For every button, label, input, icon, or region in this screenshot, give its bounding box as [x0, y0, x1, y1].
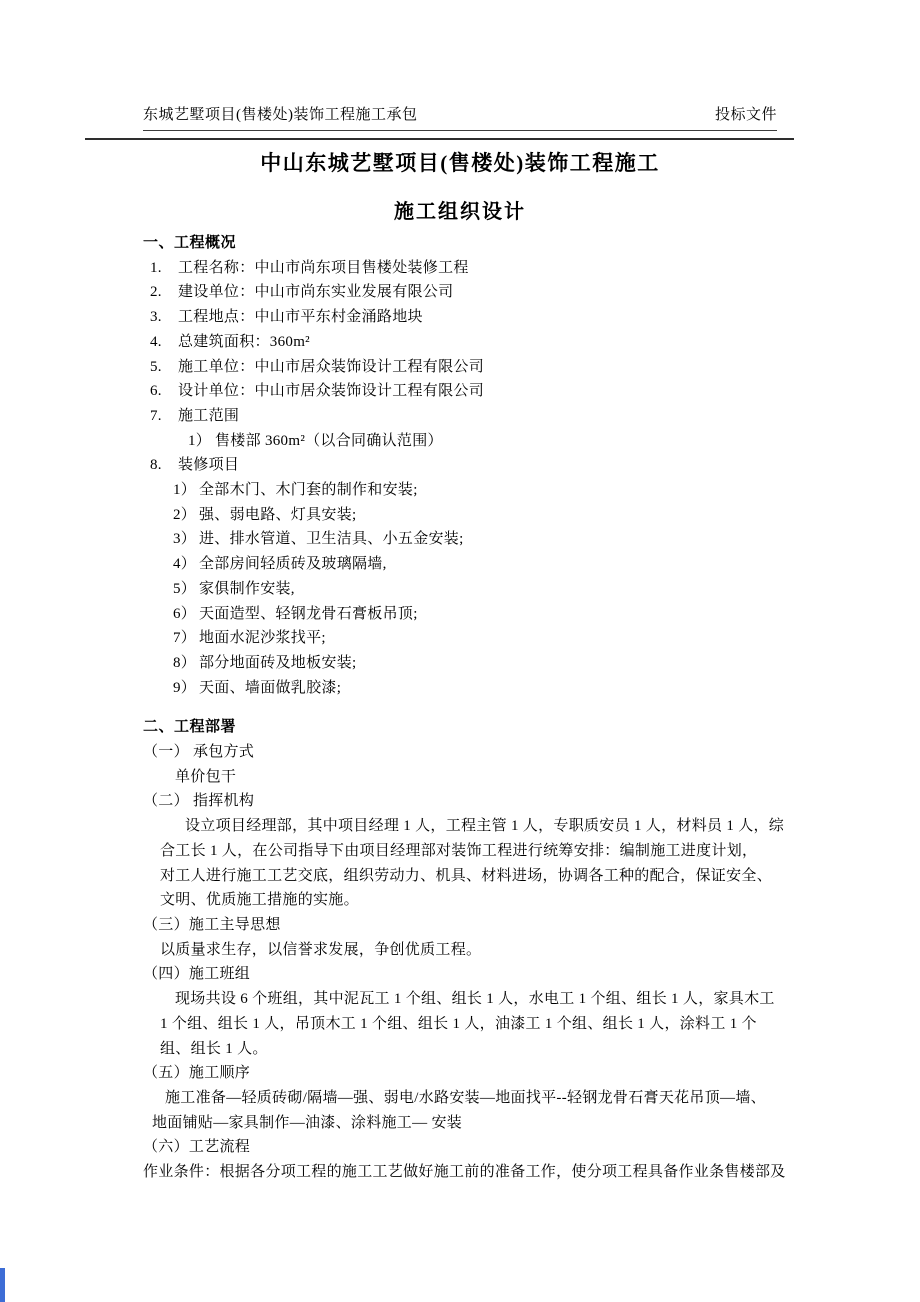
line-text: 总建筑面积：360m² [178, 334, 310, 350]
doc-line: 合工长 1 人，在公司指导下由项目经理部对装饰工程进行统筹安排：编制施工进度计划… [143, 839, 795, 864]
doc-line: 5）家俱制作安装, [143, 577, 795, 602]
line-text: 建设单位：中山市尚东实业发展有限公司 [178, 284, 453, 300]
line-text: 合工长 1 人，在公司指导下由项目经理部对装饰工程进行统筹安排：编制施工进度计划… [160, 843, 757, 859]
line-text: 对工人进行施工工艺交底，组织劳动力、机具、材料进场，协调各工种的配合，保证安全、 [160, 868, 772, 884]
line-number: 7） [173, 626, 199, 651]
doc-line: 组、组长 1 人。 [143, 1037, 795, 1062]
doc-line: 现场共设 6 个班组，其中泥瓦工 1 个组、组长 1 人，水电工 1 个组、组长… [143, 987, 795, 1012]
line-text: 装修项目 [178, 457, 239, 473]
doc-line: 8.装修项目 [143, 453, 795, 478]
document-page: 东城艺墅项目(售楼处)装饰工程施工承包 投标文件 中山东城艺墅项目(售楼处)装饰… [0, 0, 920, 1302]
document-subtitle: 施工组织设计 [143, 195, 777, 224]
page-header: 东城艺墅项目(售楼处)装饰工程施工承包 投标文件 [143, 103, 777, 131]
line-number: 6） [173, 602, 199, 627]
line-number: 3） [173, 527, 199, 552]
line-number: 5） [173, 577, 199, 602]
line-text: 天面、墙面做乳胶漆; [199, 680, 341, 696]
line-number: 8） [173, 651, 199, 676]
doc-line: 对工人进行施工工艺交底，组织劳动力、机具、材料进场，协调各工种的配合，保证安全、 [143, 864, 795, 889]
doc-line: （四）施工班组 [143, 962, 795, 987]
line-text: 组、组长 1 人。 [160, 1041, 268, 1057]
doc-line: 7.施工范围 [143, 404, 795, 429]
header-rule [85, 138, 794, 140]
doc-line: 作业条件：根据各分项工程的施工工艺做好施工前的准备工作，使分项工程具备作业条售楼… [143, 1160, 795, 1185]
line-number: 6. [150, 379, 178, 404]
doc-line: （三）施工主导思想 [143, 913, 795, 938]
doc-line: 单价包干 [143, 765, 795, 790]
doc-line: 5.施工单位：中山市居众装饰设计工程有限公司 [143, 355, 795, 380]
line-text: （六）工艺流程 [143, 1139, 250, 1155]
line-text: 全部木门、木门套的制作和安装; [199, 482, 418, 498]
doc-line: 施工准备—轻质砖砌/隔墙—强、弱电/水路安装—地面找平--轻钢龙骨石膏天花吊顶—… [143, 1086, 795, 1111]
doc-line: 1.工程名称：中山市尚东项目售楼处装修工程 [143, 256, 795, 281]
doc-line: 8）部分地面砖及地板安装; [143, 651, 795, 676]
section-deployment-lines: （一） 承包方式单价包干（二） 指挥机构设立项目经理部，其中项目经理 1 人，工… [143, 740, 795, 1185]
line-text: 施工范围 [178, 408, 239, 424]
doc-line: （五）施工顺序 [143, 1061, 795, 1086]
line-text: 施工准备—轻质砖砌/隔墙—强、弱电/水路安装—地面找平--轻钢龙骨石膏天花吊顶—… [165, 1090, 766, 1106]
doc-line: 4）全部房间轻质砖及玻璃隔墙, [143, 552, 795, 577]
doc-line: 1 个组、组长 1 人，吊顶木工 1 个组、组长 1 人，油漆工 1 个组、组长… [143, 1012, 795, 1037]
section-overview: 一、工程概况 1.工程名称：中山市尚东项目售楼处装修工程2.建设单位：中山市尚东… [143, 231, 795, 700]
doc-line: 6）天面造型、轻钢龙骨石膏板吊顶; [143, 602, 795, 627]
line-text: 作业条件：根据各分项工程的施工工艺做好施工前的准备工作，使分项工程具备作业条售楼… [143, 1164, 786, 1180]
line-text: （二） 指挥机构 [143, 793, 254, 809]
doc-line: （一） 承包方式 [143, 740, 795, 765]
line-number: 1） [173, 478, 199, 503]
line-text: （一） 承包方式 [143, 744, 254, 760]
line-text: 家俱制作安装, [199, 581, 295, 597]
doc-line: 以质量求生存，以信誉求发展，争创优质工程。 [143, 938, 795, 963]
line-text: 单价包干 [175, 769, 236, 785]
line-text: 售楼部 360m²（以合同确认范围） [215, 433, 443, 449]
line-text: （四）施工班组 [143, 966, 250, 982]
doc-line: 设立项目经理部，其中项目经理 1 人，工程主管 1 人，专职质安员 1 人，材料… [143, 814, 795, 839]
line-text: 设立项目经理部，其中项目经理 1 人，工程主管 1 人，专职质安员 1 人，材料… [185, 818, 784, 834]
line-number: 4. [150, 330, 178, 355]
line-text: 地面水泥沙浆找平; [199, 630, 326, 646]
line-number: 5. [150, 355, 178, 380]
doc-line: 文明、优质施工措施的实施。 [143, 888, 795, 913]
line-text: （三）施工主导思想 [143, 917, 281, 933]
line-text: 设计单位：中山市居众装饰设计工程有限公司 [178, 383, 484, 399]
line-number: 7. [150, 404, 178, 429]
line-text: 文明、优质施工措施的实施。 [160, 892, 359, 908]
section-overview-lines: 1.工程名称：中山市尚东项目售楼处装修工程2.建设单位：中山市尚东实业发展有限公… [143, 256, 795, 701]
doc-line: 1）售楼部 360m²（以合同确认范围） [143, 429, 795, 454]
line-text: 以质量求生存，以信誉求发展，争创优质工程。 [160, 942, 481, 958]
line-number: 1. [150, 256, 178, 281]
line-text: 强、弱电路、灯具安装; [199, 507, 356, 523]
doc-line: 1）全部木门、木门套的制作和安装; [143, 478, 795, 503]
header-left-text: 东城艺墅项目(售楼处)装饰工程施工承包 [143, 103, 418, 124]
doc-line: 2.建设单位：中山市尚东实业发展有限公司 [143, 280, 795, 305]
line-text: 进、排水管道、卫生洁具、小五金安装; [199, 531, 464, 547]
doc-line: 3）进、排水管道、卫生洁具、小五金安装; [143, 527, 795, 552]
doc-line: 9）天面、墙面做乳胶漆; [143, 676, 795, 701]
page-edge-artifact [0, 1268, 5, 1302]
doc-line: 4.总建筑面积：360m² [143, 330, 795, 355]
doc-line: 7）地面水泥沙浆找平; [143, 626, 795, 651]
line-text: 部分地面砖及地板安装; [199, 655, 356, 671]
line-number: 9） [173, 676, 199, 701]
line-text: 1 个组、组长 1 人，吊顶木工 1 个组、组长 1 人，油漆工 1 个组、组长… [160, 1016, 757, 1032]
section-deployment-heading: 二、工程部署 [143, 715, 795, 740]
line-text: 现场共设 6 个班组，其中泥瓦工 1 个组、组长 1 人，水电工 1 个组、组长… [175, 991, 775, 1007]
line-text: 施工单位：中山市居众装饰设计工程有限公司 [178, 359, 484, 375]
doc-line: 2）强、弱电路、灯具安装; [143, 503, 795, 528]
line-number: 2） [173, 503, 199, 528]
line-text: 工程地点：中山市平东村金涌路地块 [178, 309, 423, 325]
line-number: 3. [150, 305, 178, 330]
line-number: 2. [150, 280, 178, 305]
line-text: 天面造型、轻钢龙骨石膏板吊顶; [199, 606, 418, 622]
line-text: 地面铺贴—家具制作—油漆、涂料施工— 安装 [152, 1115, 462, 1131]
line-number: 8. [150, 453, 178, 478]
line-text: 全部房间轻质砖及玻璃隔墙, [199, 556, 387, 572]
line-number: 1） [188, 429, 215, 454]
doc-line: 地面铺贴—家具制作—油漆、涂料施工— 安装 [143, 1111, 795, 1136]
section-overview-heading: 一、工程概况 [143, 231, 795, 256]
line-text: 工程名称：中山市尚东项目售楼处装修工程 [178, 260, 469, 276]
doc-line: （六）工艺流程 [143, 1135, 795, 1160]
doc-line: 6.设计单位：中山市居众装饰设计工程有限公司 [143, 379, 795, 404]
document-title: 中山东城艺墅项目(售楼处)装饰工程施工 [143, 147, 777, 177]
document-body: 一、工程概况 1.工程名称：中山市尚东项目售楼处装修工程2.建设单位：中山市尚东… [143, 231, 795, 1185]
doc-line: 3.工程地点：中山市平东村金涌路地块 [143, 305, 795, 330]
header-right-text: 投标文件 [715, 103, 777, 124]
line-text: （五）施工顺序 [143, 1065, 250, 1081]
doc-line: （二） 指挥机构 [143, 789, 795, 814]
section-deployment: 二、工程部署 （一） 承包方式单价包干（二） 指挥机构设立项目经理部，其中项目经… [143, 715, 795, 1184]
line-number: 4） [173, 552, 199, 577]
